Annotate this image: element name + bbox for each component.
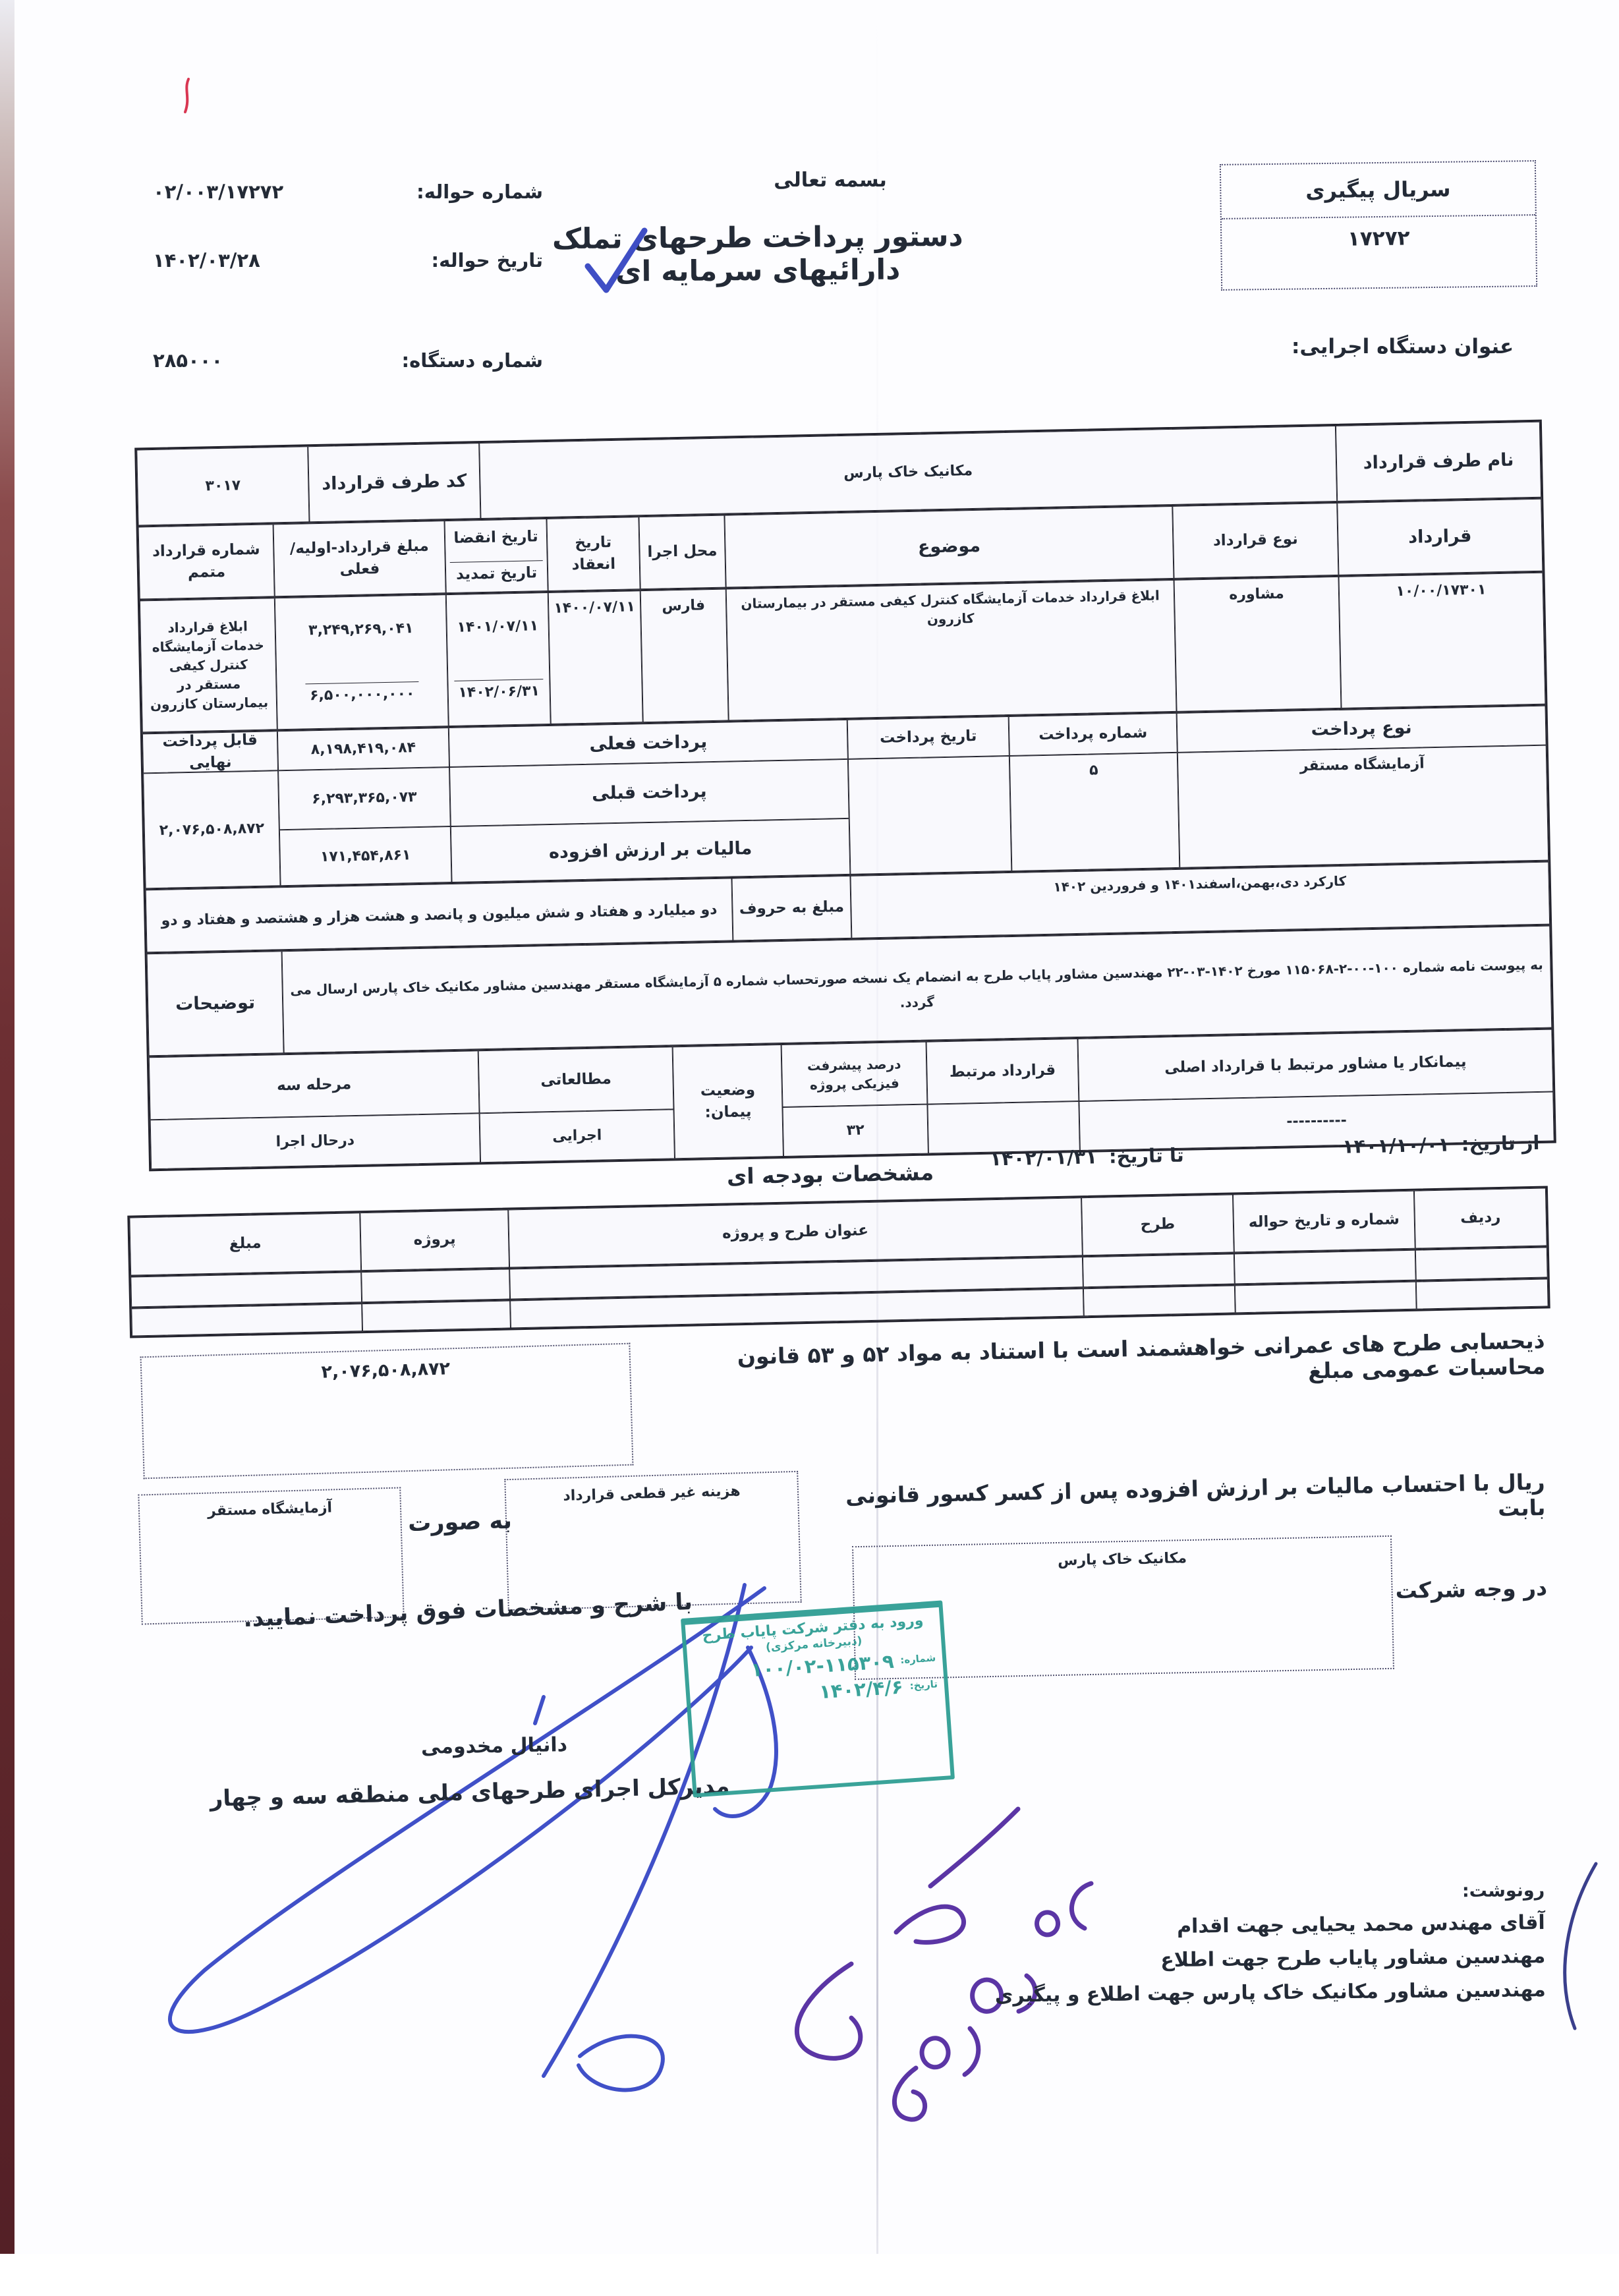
as-label: به صورت — [407, 1508, 513, 1537]
contract-amount-cells: ۳,۲۴۹,۲۶۹,۰۴۱ ۶,۵۰۰,۰۰۰,۰۰۰ — [275, 594, 449, 730]
closing-line-1: ذیحسابی طرح های عمرانی خواهشمند است با ا… — [655, 1327, 1545, 1396]
serial-tracking-value: ۱۷۲۷۲ — [1222, 215, 1536, 275]
device-title-label: عنوان دستگاه اجرایی: — [1292, 335, 1545, 359]
scanned-payment-order-page: سریال پیگیری ۱۷۲۷۲ بسمه تعالی دستور پردا… — [0, 0, 1619, 2296]
notes-label: توضیحات — [147, 951, 284, 1056]
page-title: دستور پرداخت طرحهای تملک دارائیهای سرمای… — [484, 219, 1032, 289]
bismillah-text: بسمه تعالی — [722, 169, 939, 192]
col-expiry-extension: تاریخ انقضا تاریخ تمدید — [445, 519, 548, 593]
red-pen-mark — [182, 78, 195, 115]
stamp-date-value: ۱۴۰۲/۴/۶ — [818, 1675, 903, 1703]
cc-item: آقای مهندس محمد یحیایی جهت اقدام — [913, 1911, 1545, 1941]
payment-date-cell — [848, 756, 1011, 875]
col-amount: مبلغ قرارداد-اولیه/فعلی — [273, 521, 446, 596]
contract-subject-cell: ابلاغ قرارداد خدمات آزمایشگاه کنترل کیفی… — [726, 580, 1177, 721]
col-expiry: تاریخ انقضا — [449, 525, 542, 551]
amount-words-value: دو میلیارد و هفتاد و شش میلیون و پانصد و… — [146, 878, 733, 952]
col-location: محل اجرا — [639, 515, 725, 590]
col-contract: قرارداد — [1337, 499, 1543, 575]
party-code-header: کد طرف قرارداد — [308, 443, 480, 522]
budget-empty-cell — [1235, 1282, 1417, 1313]
payment-final-value: ۲,۰۷۶,۵۰۸,۸۷۲ — [143, 770, 280, 888]
expense-dotted-value: هزینه غیر قطعی قرارداد — [563, 1483, 741, 1505]
contract-amount-initial-cell: ۳,۲۴۹,۲۶۹,۰۴۱ — [304, 617, 418, 643]
contract-type-cell: مشاوره — [1174, 577, 1342, 712]
havaleh-number-value: ۰۲/۰۰۳/۱۷۲۷۲ — [153, 181, 283, 203]
budget-empty-cell — [131, 1304, 362, 1336]
method-dotted-value: آزمایشگاه مستقر — [208, 1499, 333, 1519]
budget-table: ردیف شماره و تاریخ حواله طرح عنوان طرح و… — [127, 1186, 1550, 1338]
contract-location-cell: فارس — [640, 589, 729, 723]
payment-type-cell: آزمایشگاه مستقر — [1178, 745, 1548, 868]
entry-stamp: ورود به دفتر شرکت پایاب طرح (دبیرخانه مر… — [681, 1600, 955, 1797]
contract-number-cell: ۱۰/۰۰/۱۷۳۰۱ — [1338, 573, 1545, 708]
amount-dotted-box: ۲,۰۷۶,۵۰۸,۸۷۲ — [140, 1343, 634, 1479]
budget-empty-cell — [362, 1300, 511, 1331]
budget-col-title: عنوان طرح و پروژه — [508, 1197, 1083, 1267]
scan-bottom-band — [0, 2254, 1619, 2296]
serial-tracking-box: سریال پیگیری ۱۷۲۷۲ — [1220, 160, 1537, 291]
budget-empty-cell — [1083, 1253, 1235, 1287]
amount-dotted-value: ۲,۰۷۶,۵۰۸,۸۷۲ — [321, 1358, 450, 1382]
budget-col-plan: طرح — [1081, 1194, 1234, 1255]
col-related-contract: قرارداد مرتبط — [926, 1039, 1079, 1105]
budget-col-havaleh: شماره و تاریخ حواله — [1233, 1191, 1415, 1253]
device-number-row: شماره دستگاه: ۲۸۵۰۰۰ — [153, 349, 543, 372]
payment-prev-value: ۶,۲۹۳,۳۶۵,۰۷۳ — [278, 767, 451, 830]
contract-table: نام طرف قرارداد مکانیک خاک پارس کد طرف ق… — [134, 420, 1556, 1172]
scan-edge-strip — [0, 0, 14, 2296]
from-date: از تاریخ:۱۴۰۱/۱۰/۰۱ — [1342, 1132, 1540, 1158]
col-payment-type: نوع پرداخت — [1177, 706, 1547, 753]
cc-item: مهندسین مشاور پایاب طرح جهت اطلاع — [913, 1945, 1545, 1974]
budget-empty-cell — [1083, 1285, 1236, 1316]
payment-final-label: قابل پرداخت نهایی — [142, 731, 278, 773]
budget-empty-cell — [1416, 1278, 1548, 1309]
havaleh-number-row: شماره حواله: ۰۲/۰۰۳/۱۷۲۷۲ — [153, 181, 543, 203]
col-related-progress: درصد پیشرفت فیزیکی پروژه — [781, 1042, 928, 1107]
cc-block: رونوشت: آقای مهندس محمد یحیایی جهت اقدام… — [912, 1880, 1546, 2008]
budget-section-heading: مشخصات بودجه ای — [727, 1159, 934, 1189]
device-number-label: شماره دستگاه: — [402, 349, 543, 372]
col-contract-type: نوع قرارداد — [1172, 503, 1338, 579]
budget-empty-cell — [1234, 1250, 1416, 1284]
serial-tracking-label: سریال پیگیری — [1221, 161, 1535, 219]
budget-empty-cell — [361, 1269, 510, 1302]
payment-vat-value: ۱۷۱,۴۵۴,۸۶۱ — [279, 826, 452, 886]
payee-label: در وجه شرکت — [1389, 1575, 1548, 1604]
budget-empty-cell — [130, 1272, 362, 1307]
budget-col-amount: مبلغ — [129, 1213, 361, 1275]
havaleh-date-value: ۱۴۰۲/۰۳/۲۸ — [153, 249, 260, 272]
col-extension: تاریخ تمدید — [450, 560, 543, 587]
payment-prev-label: پرداخت قبلی — [449, 759, 849, 826]
col-payment-date: تاریخ پرداخت — [847, 716, 1009, 759]
col-supplement: شماره قرارداد متمم — [138, 524, 275, 599]
contract-extension-cell: ۱۴۰۲/۰۶/۳۱ — [454, 679, 544, 705]
budget-col-project: پروژه — [360, 1209, 509, 1271]
contract-expiry-cell: ۱۴۰۱/۰۷/۱۱ — [453, 614, 542, 640]
col-contract-status: وضعیت پیمان: — [673, 1045, 783, 1159]
to-date: تا تاریخ:۱۴۰۲/۰۱/۳۱ — [990, 1144, 1184, 1170]
budget-col-row: ردیف — [1414, 1188, 1547, 1249]
stamp-number-label: شماره: — [900, 1651, 936, 1666]
havaleh-date-row: تاریخ حواله: ۱۴۰۲/۰۳/۲۸ — [153, 249, 543, 272]
signer-name: دانیال مخدومی — [369, 1733, 620, 1760]
contract-expiry-cells: ۱۴۰۱/۰۷/۱۱ ۱۴۰۲/۰۶/۳۱ — [446, 592, 551, 726]
cc-item: مهندسین مشاور مکانیک خاک پارس جهت اطلاع … — [913, 1978, 1546, 2008]
contract-amount-current-cell: ۶,۵۰۰,۰۰۰,۰۰۰ — [306, 681, 419, 708]
stamp-number-value: ۱۰۰/۰۲-۱۱۵۳۰۹ — [750, 1650, 894, 1681]
col-study: مطالعاتی — [478, 1047, 674, 1113]
party-name-header: نام طرف قرارداد — [1336, 422, 1541, 502]
device-number-value: ۲۸۵۰۰۰ — [153, 349, 223, 372]
col-subject: موضوع — [724, 506, 1174, 588]
payee-dotted-value: مکانیک خاک پارس — [1058, 1550, 1187, 1569]
payment-no-cell: ۵ — [1009, 753, 1179, 871]
payment-current-value: ۸,۱۹۸,۴۱۹,۰۸۴ — [277, 728, 449, 770]
contract-supplement-cell: ابلاغ قرارداد خدمات آزمایشگاه کنترل کیفی… — [140, 598, 277, 732]
party-code-value: ۳۰۱۷ — [136, 446, 309, 525]
havaleh-number-label: شماره حواله: — [416, 181, 543, 203]
payment-vat-label: مالیات بر ارزش افزوده — [451, 818, 851, 882]
contract-sign-date-cell: ۱۴۰۰/۰۷/۱۱ — [548, 590, 643, 724]
budget-empty-cell — [1415, 1247, 1548, 1280]
closing-line-2: ریال با احتساب مالیات بر ارزش افزوده پس … — [815, 1469, 1545, 1535]
amount-words-label: مبلغ به حروف — [731, 876, 851, 941]
col-related-consultant: پیمانکار یا مشاور مرتبط با قرارداد اصلی — [1077, 1029, 1553, 1101]
col-phase: مرحله سه — [149, 1050, 480, 1120]
col-sign-date: تاریخ انعقاد — [546, 517, 640, 591]
checkmark-icon — [580, 225, 652, 298]
havaleh-date-label: تاریخ حواله: — [432, 249, 543, 272]
col-payment-no: شماره پرداخت — [1009, 713, 1178, 756]
stamp-date-label: تاریخ: — [909, 1678, 938, 1692]
